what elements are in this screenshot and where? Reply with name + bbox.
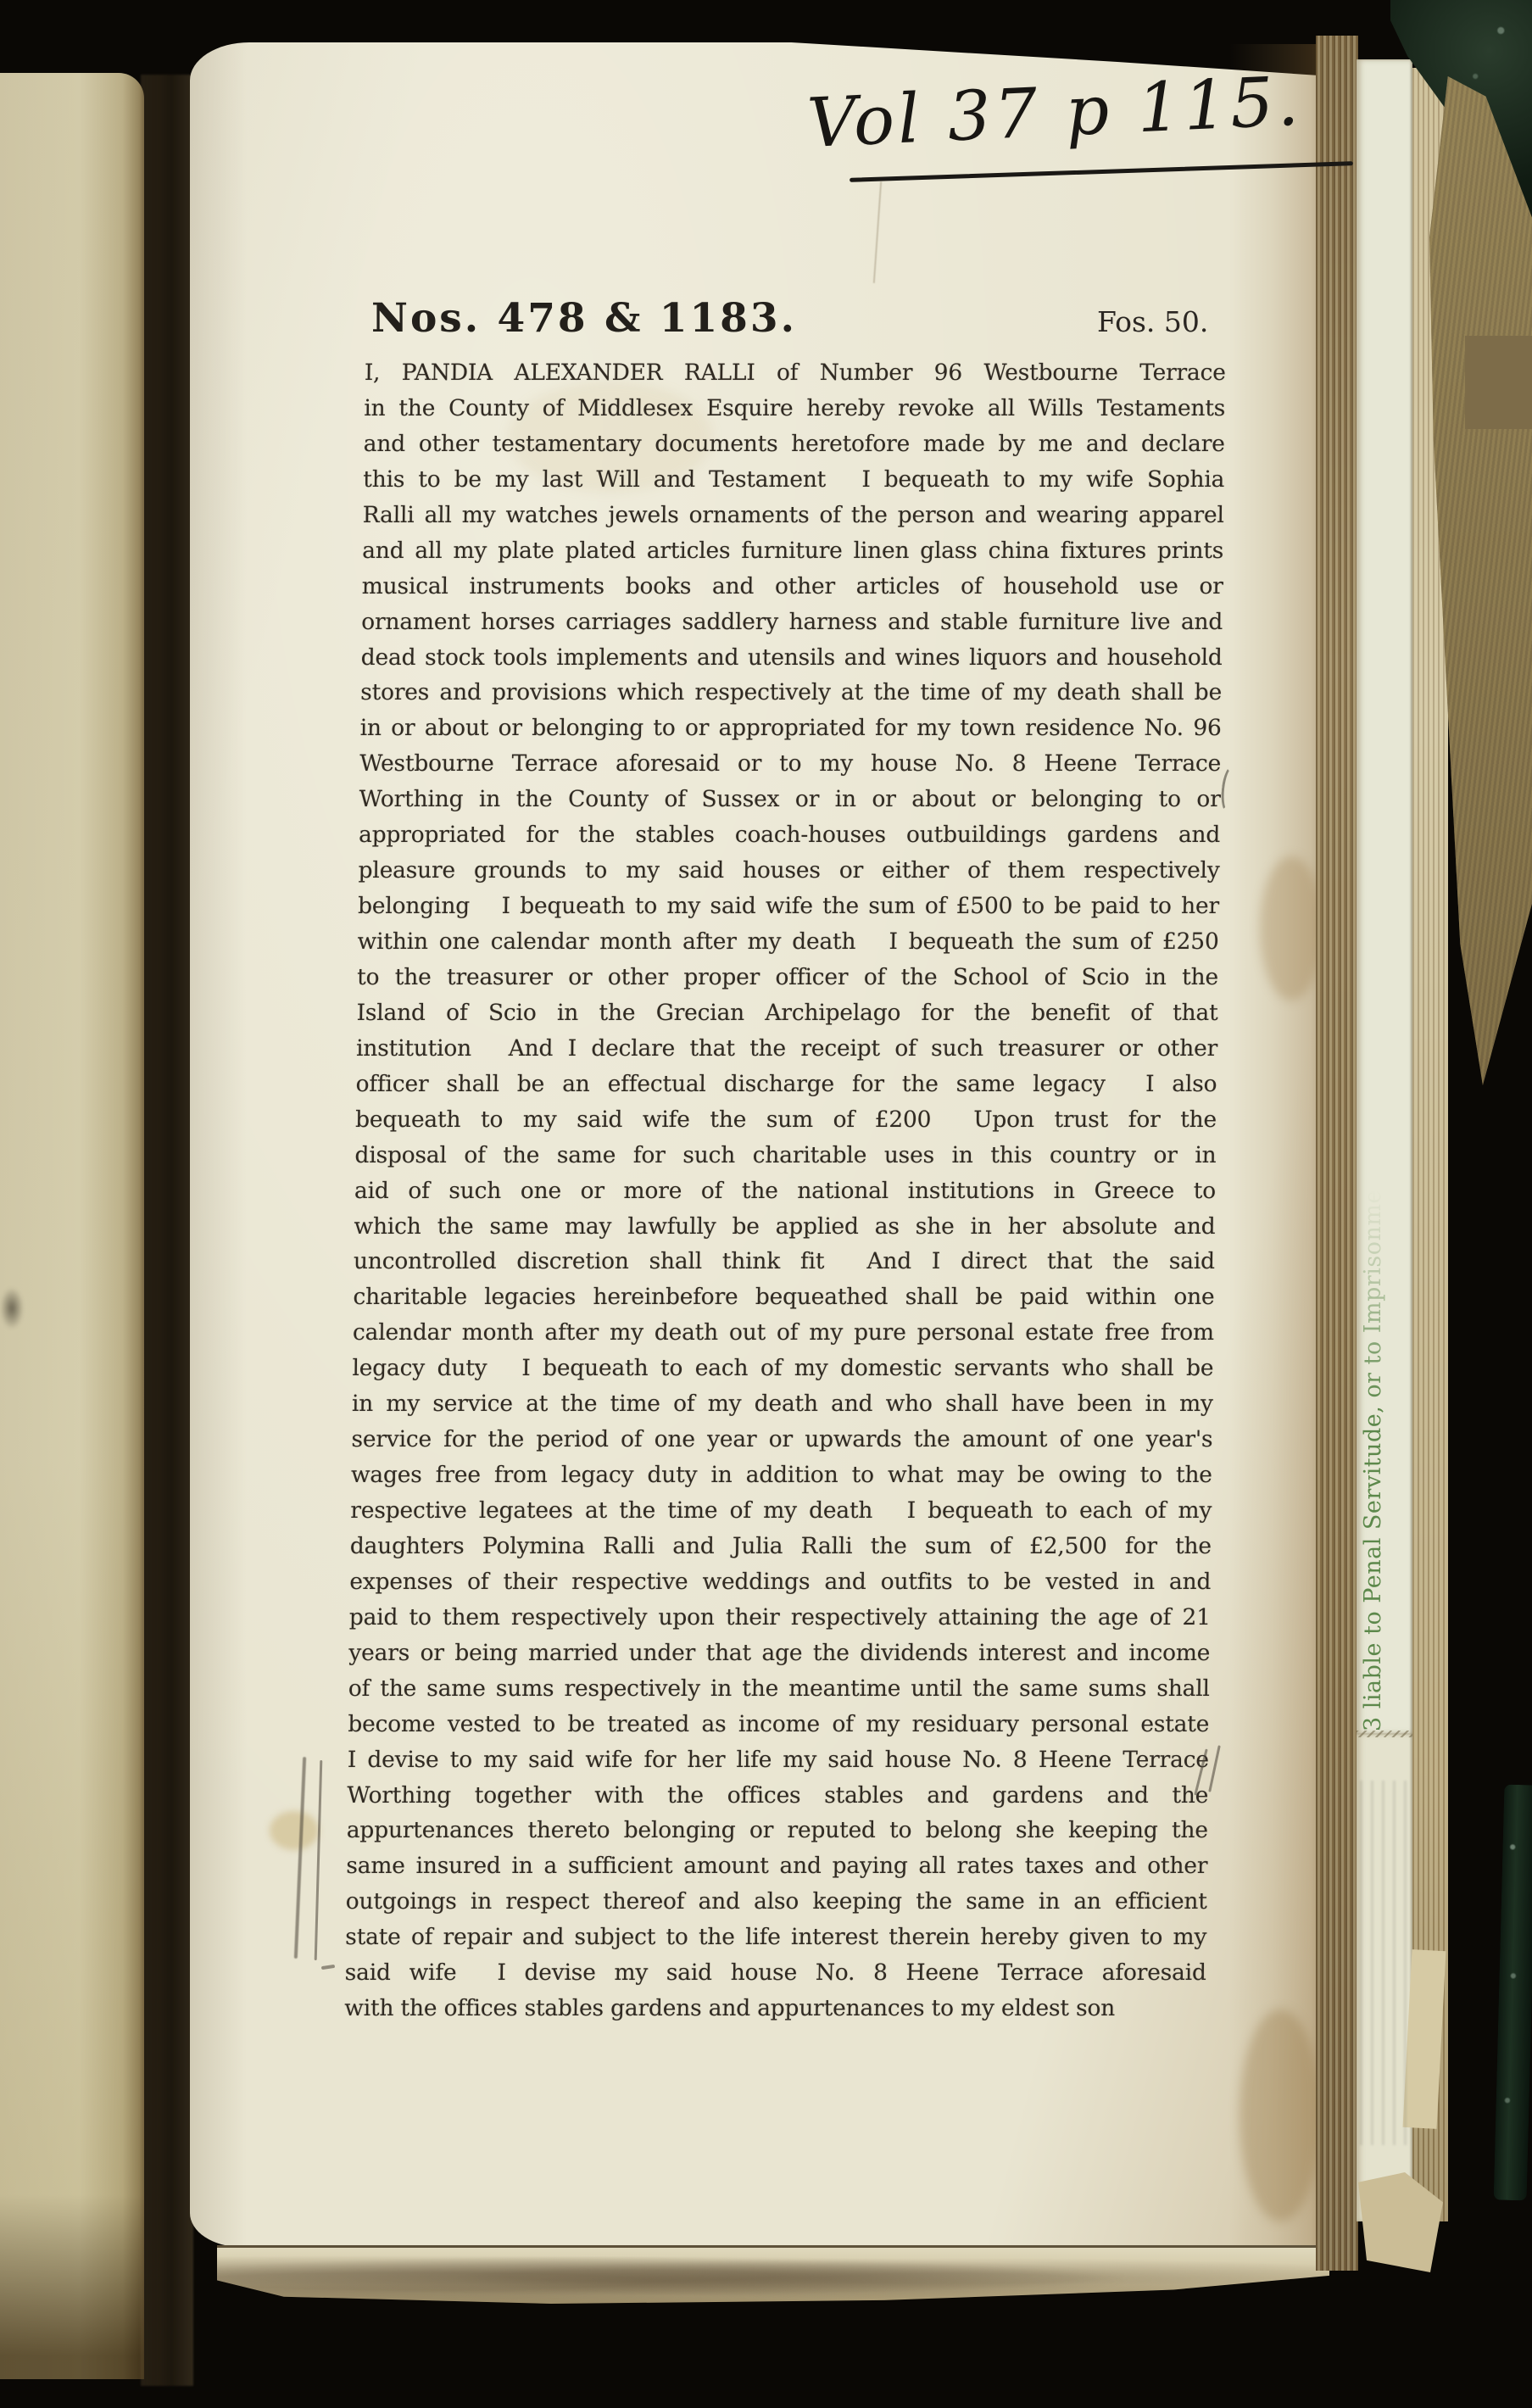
fore-edge-strip — [1316, 36, 1358, 2271]
will-text-line: withinonecalendarmonthaftermydeath Ibequ… — [357, 928, 1219, 964]
will-text-line: ornamenthorsescarriagessaddleryharnessan… — [361, 609, 1223, 644]
edge-smudge — [0, 1287, 24, 1329]
scanned-register-page: Vol 37 p 115. Nos. 478 & 1183. Fos. 50. … — [0, 0, 1532, 2408]
will-text-line: whichthesamemaylawfullybeappliedassheinh… — [354, 1213, 1216, 1249]
will-text-line: paidtothemrespectivelyupontheirrespectiv… — [349, 1604, 1212, 1640]
will-text-line: charitablelegacieshereinbeforebequeathed… — [353, 1284, 1215, 1319]
will-text-line: wagesfreefromlegacydutyinadditiontowhatm… — [351, 1462, 1213, 1497]
will-text-line: andothertestamentarydocumentsheretoforem… — [363, 431, 1225, 466]
will-text-line: IslandofSciointheGrecianArchipelagoforth… — [356, 1000, 1218, 1035]
will-text-line: appurtenancestheretobelongingorreputedto… — [346, 1817, 1208, 1853]
will-text-line: belonging Ibequeathtomysaidwifethesumof£… — [358, 893, 1220, 928]
will-text-line: storesandprovisionswhichrespectivelyatth… — [360, 679, 1223, 715]
will-text-line: Idevisetomysaidwifeforherlifemysaidhouse… — [348, 1747, 1210, 1782]
will-text-line: WorthingintheCountyofSussexorinoraboutor… — [359, 786, 1221, 822]
will-text-line: yearsorbeingmarriedunderthatagethedivide… — [348, 1640, 1211, 1675]
will-text-line: inoraboutorbelongingtoorappropriatedform… — [359, 715, 1222, 750]
will-text-line: uncontrolleddiscretionshallthinkfit AndI… — [354, 1248, 1216, 1284]
will-text-line: becomevestedtobetreatedasincomeofmyresid… — [348, 1711, 1210, 1747]
page-bottom-edge — [217, 2245, 1329, 2304]
margin-stamp-text: 3 liable to Penal Servitude, or to Impri… — [1360, 1189, 1409, 1731]
will-body-text: I,PANDIAALEXANDERRALLIofNumber96Westbour… — [344, 360, 1226, 2031]
will-text-line: andallmyplateplatedarticlesfurnitureline… — [362, 538, 1224, 573]
will-text-line: bequeathtomysaidwifethesumof£200 Upontru… — [355, 1106, 1217, 1142]
binding-tab — [1465, 336, 1532, 429]
will-text-line: Worthingtogetherwiththeofficesstablesand… — [347, 1782, 1209, 1818]
stain-blotch — [1240, 2009, 1321, 2221]
will-text-line: servicefortheperiodofoneyearorupwardsthe… — [351, 1426, 1213, 1462]
will-text-line: saidwife IdevisemysaidhouseNo.8HeeneTerr… — [344, 1959, 1206, 1995]
will-text-line: with the offices stables gardens and app… — [344, 1995, 1206, 2031]
will-text-line: thistobemylastWillandTestament Ibequeath… — [363, 466, 1225, 502]
folio-label: Fos. 50. — [1097, 305, 1208, 338]
stain-blotch — [1260, 856, 1323, 1001]
document-numbers-heading: Nos. 478 & 1183. — [371, 295, 797, 342]
book-gutter-shadow — [141, 75, 193, 2386]
will-text-line: intheCountyofMiddlesexEsquireherebyrevok… — [364, 395, 1226, 431]
will-text-line: I,PANDIAALEXANDERRALLIofNumber96Westbour… — [364, 360, 1226, 395]
will-text-line: inmyserviceatthetimeofmydeathandwhoshall… — [352, 1391, 1214, 1426]
will-text-line: stateofrepairandsubjecttothelifeinterest… — [345, 1924, 1207, 1959]
will-text-line: disposalofthesameforsuchcharitableusesin… — [354, 1142, 1217, 1178]
will-text-line: pleasuregroundstomysaidhousesoreitheroft… — [358, 857, 1220, 893]
binding-leather-strip — [1494, 1785, 1532, 2201]
will-text-line: calendarmonthaftermydeathoutofmypurepers… — [353, 1319, 1215, 1355]
will-text-line: musicalinstrumentsbooksandotherarticleso… — [361, 573, 1223, 609]
pinked-cut-edge — [1357, 1731, 1412, 1737]
stain-blotch — [270, 1811, 319, 1850]
will-text-line: deadstocktoolsimplementsandutensilsandwi… — [360, 644, 1223, 680]
will-text-line: respectivelegateesatthetimeofmydeath Ibe… — [350, 1497, 1212, 1533]
will-text-line: outgoingsinrespectthereofandalsokeepingt… — [345, 1888, 1207, 1924]
will-text-line: ofthesamesumsrespectivelyinthemeantimeun… — [348, 1675, 1211, 1711]
will-text-line: sameinsuredinasufficientamountandpayinga… — [346, 1853, 1208, 1888]
will-text-line: legacyduty Ibequeathtoeachofmydomesticse… — [352, 1355, 1214, 1391]
will-text-line: officershallbeaneffectualdischargeforthe… — [355, 1071, 1217, 1106]
will-text-line: Ralliallmywatchesjewelsornamentsoftheper… — [362, 502, 1224, 538]
facing-page-edge — [0, 73, 144, 2379]
will-text-line: tothetreasurerorotherproperofficeroftheS… — [357, 964, 1219, 1000]
will-text-line: appropriatedforthestablescoach-housesout… — [359, 822, 1221, 857]
will-text-line: daughtersPolyminaRalliandJuliaRallithesu… — [350, 1533, 1212, 1569]
will-text-line: WestbourneTerraceaforesaidortomyhouseNo.… — [359, 750, 1222, 786]
show-through-text-shadow — [1360, 1781, 1409, 2145]
will-text-line: expensesoftheirrespectiveweddingsandoutf… — [349, 1569, 1212, 1604]
will-text-line: aidofsuchoneormoreofthenationalinstituti… — [354, 1178, 1217, 1213]
will-text-line: institution AndIdeclarethatthereceiptofs… — [356, 1035, 1218, 1071]
